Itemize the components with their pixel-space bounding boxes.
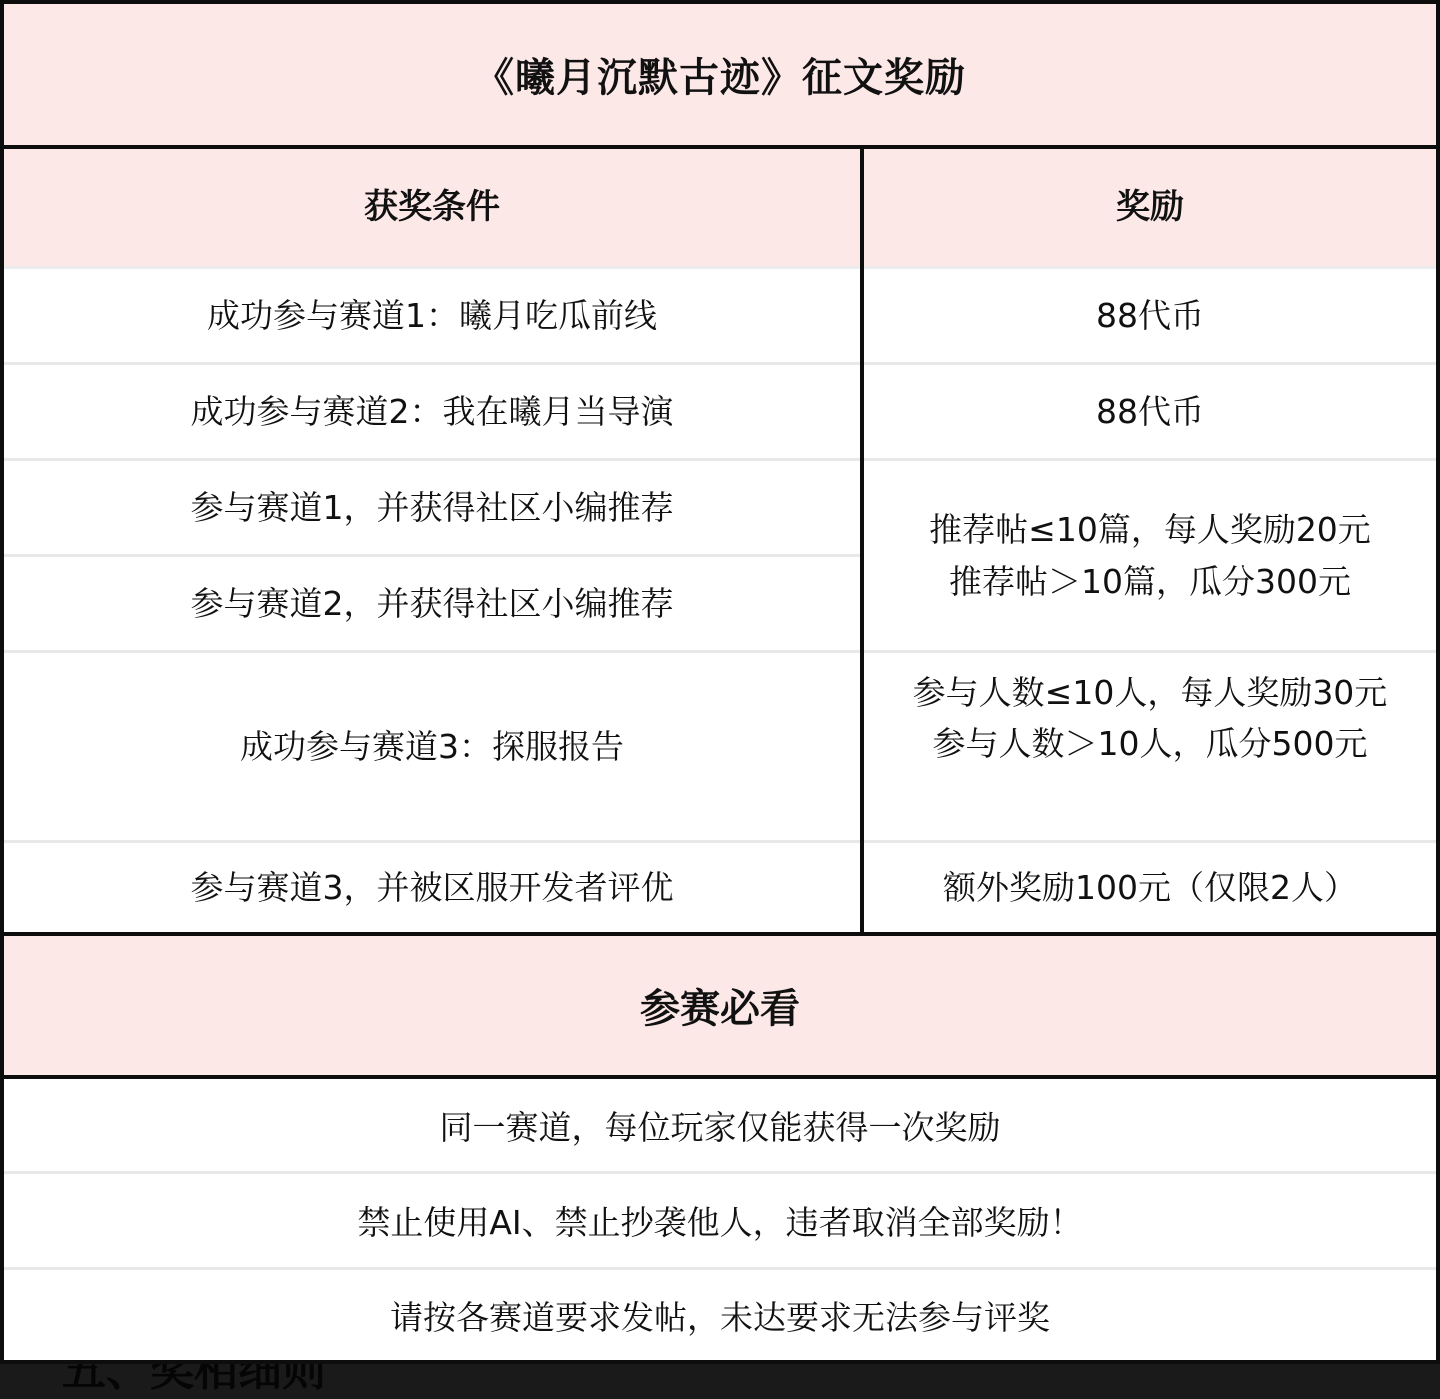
notice-item: 禁止使用AI、禁止抄袭他人，违者取消全部奖励！ xyxy=(4,1174,1436,1270)
condition-row: 成功参与赛道2：我在曦月当导演 xyxy=(4,365,860,461)
page-title: 《曦月沉默古迹》征文奖励 xyxy=(4,4,1436,145)
header-reward: 奖励 xyxy=(864,149,1436,269)
reward-line: 额外奖励100元（仅限2人） xyxy=(943,862,1357,913)
reward-cell: 88代币 xyxy=(864,269,1436,365)
rewards-sheet: 《曦月沉默古迹》征文奖励 获奖条件 成功参与赛道1：曦月吃瓜前线 成功参与赛道2… xyxy=(0,0,1440,1364)
condition-row: 参与赛道3，并被区服开发者评优 xyxy=(4,843,860,932)
reward-cell: 参与人数≤10人，每人奖励30元 参与人数＞10人，瓜分500元 xyxy=(864,653,1436,843)
reward-line: 推荐帖≤10篇，每人奖励20元 xyxy=(929,504,1371,555)
notice-list: 同一赛道，每位玩家仅能获得一次奖励 禁止使用AI、禁止抄袭他人，违者取消全部奖励… xyxy=(4,1079,1436,1360)
reward-line: 推荐帖＞10篇，瓜分300元 xyxy=(949,556,1351,607)
reward-cell-merged: 推荐帖≤10篇，每人奖励20元 推荐帖＞10篇，瓜分300元 xyxy=(864,461,1436,653)
notice-title: 参赛必看 xyxy=(4,936,1436,1075)
reward-line: 参与人数≤10人，每人奖励30元 xyxy=(913,667,1388,718)
conditions-column: 获奖条件 成功参与赛道1：曦月吃瓜前线 成功参与赛道2：我在曦月当导演 参与赛道… xyxy=(4,149,860,932)
below-fold-area: 五、奖相细则 xyxy=(0,1364,1440,1399)
rewards-table: 获奖条件 成功参与赛道1：曦月吃瓜前线 成功参与赛道2：我在曦月当导演 参与赛道… xyxy=(4,149,1436,932)
header-condition: 获奖条件 xyxy=(4,149,860,269)
condition-row: 成功参与赛道3：探服报告 xyxy=(4,653,860,843)
condition-row: 参与赛道1，并获得社区小编推荐 xyxy=(4,461,860,557)
reward-cell: 额外奖励100元（仅限2人） xyxy=(864,843,1436,932)
rewards-column: 奖励 88代币 88代币 推荐帖≤10篇，每人奖励20元 推荐帖＞10篇，瓜分3… xyxy=(864,149,1436,932)
condition-row: 成功参与赛道1：曦月吃瓜前线 xyxy=(4,269,860,365)
notice-item: 同一赛道，每位玩家仅能获得一次奖励 xyxy=(4,1079,1436,1174)
notice-item: 请按各赛道要求发帖，未达要求无法参与评奖 xyxy=(4,1270,1436,1360)
reward-cell: 88代币 xyxy=(864,365,1436,461)
section-heading-cropped: 五、奖相细则 xyxy=(62,1364,326,1398)
condition-row: 参与赛道2，并获得社区小编推荐 xyxy=(4,557,860,653)
reward-line: 88代币 xyxy=(1096,386,1204,437)
reward-line: 参与人数＞10人，瓜分500元 xyxy=(933,718,1368,769)
reward-line: 88代币 xyxy=(1096,290,1204,341)
